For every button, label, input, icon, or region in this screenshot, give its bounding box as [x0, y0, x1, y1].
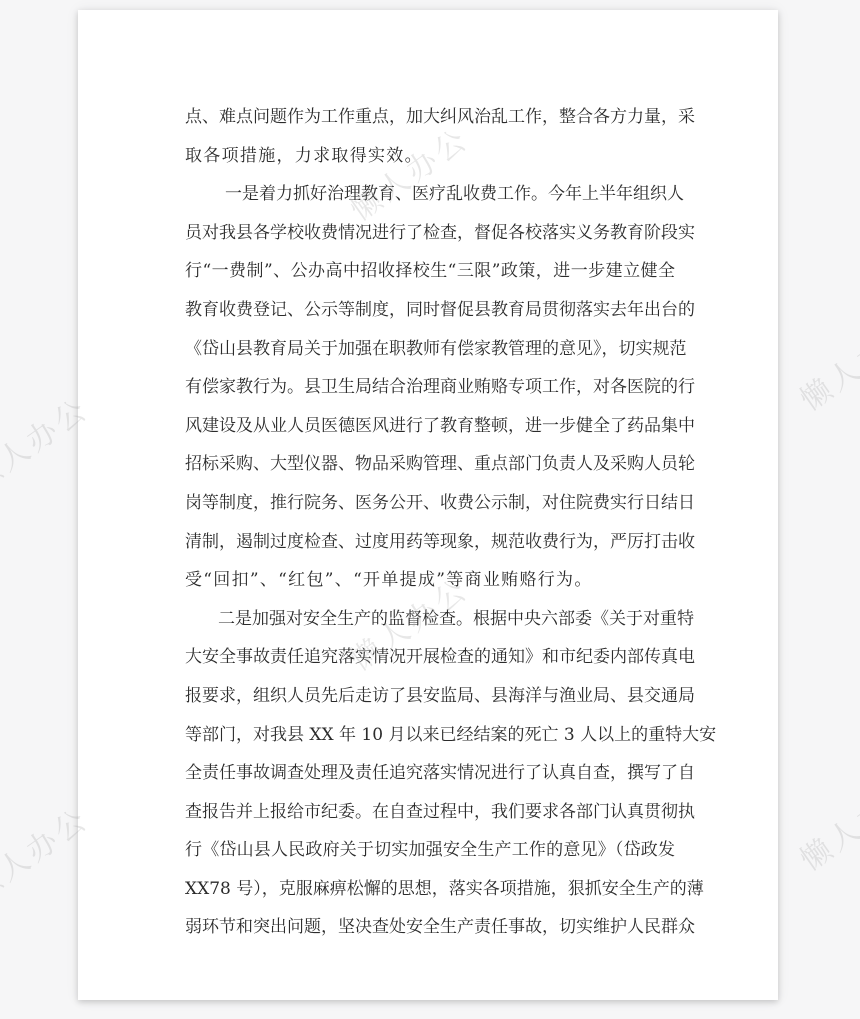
text-line: 弱环节和突出问题，坚决查处安全生产责任事故，切实维护人民群众	[185, 908, 675, 947]
text-line: 员对我县各学校收费情况进行了检查，督促各校落实义务教育阶段实	[185, 214, 675, 253]
text-line: 点、难点问题作为工作重点，加大纠风治乱工作，整合各方力量，采	[185, 98, 675, 137]
text-line: XX78 号），克服麻痹松懈的思想，落实各项措施，狠抓安全生产的薄	[185, 870, 675, 909]
text-line: 行“一费制”、公办高中招收择校生“三限”政策，进一步建立健全	[185, 252, 675, 291]
text-line: 查报告并上报给市纪委。在自查过程中，我们要求各部门认真贯彻执	[185, 793, 675, 832]
text-line: 全责任事故调查处理及责任追究落实情况进行了认真自查，撰写了自	[185, 754, 675, 793]
text-line: 等部门，对我县 XX 年 10 月以来已经结案的死亡 3 人以上的重特大安	[185, 716, 675, 755]
text-line: 大安全事故责任追究落实情况开展检查的通知》和市纪委内部传真电	[185, 638, 675, 677]
watermark: 懒人办公	[790, 305, 860, 419]
text-line: 有偿家教行为。县卫生局结合治理商业贿赂专项工作，对各医院的行	[185, 368, 675, 407]
watermark: 懒人办公	[790, 765, 860, 879]
text-line: 《岱山县教育局关于加强在职教师有偿家教管理的意见》，切实规范	[185, 330, 675, 369]
document-body: 点、难点问题作为工作重点，加大纠风治乱工作，整合各方力量，采 取各项措施，力求取…	[185, 98, 675, 947]
text-line: 教育收费登记、公示等制度，同时督促县教育局贯彻落实去年出台的	[185, 291, 675, 330]
text-line: 一是着力抓好治理教育、医疗乱收费工作。今年上半年组织人	[185, 175, 675, 214]
text-line: 报要求，组织人员先后走访了县安监局、县海洋与渔业局、县交通局	[185, 677, 675, 716]
text-line: 清制，遏制过度检查、过度用药等现象，规范收费行为，严厉打击收	[185, 523, 675, 562]
text-line: 取各项措施，力求取得实效。	[185, 137, 675, 176]
document-page: 点、难点问题作为工作重点，加大纠风治乱工作，整合各方力量，采 取各项措施，力求取…	[78, 10, 778, 1000]
text-line: 岗等制度，推行院务、医务公开、收费公示制，对住院费实行日结日	[185, 484, 675, 523]
text-line: 风建设及从业人员医德医风进行了教育整顿，进一步健全了药品集中	[185, 407, 675, 446]
text-line: 招标采购、大型仪器、物品采购管理、重点部门负责人及采购人员轮	[185, 445, 675, 484]
text-line: 二是加强对安全生产的监督检查。根据中央六部委《关于对重特	[185, 600, 675, 639]
text-line: 行《岱山县人民政府关于切实加强安全生产工作的意见》（岱政发	[185, 831, 675, 870]
text-line: 受“回扣”、“红包”、“开单提成”等商业贿赂行为。	[185, 561, 675, 600]
